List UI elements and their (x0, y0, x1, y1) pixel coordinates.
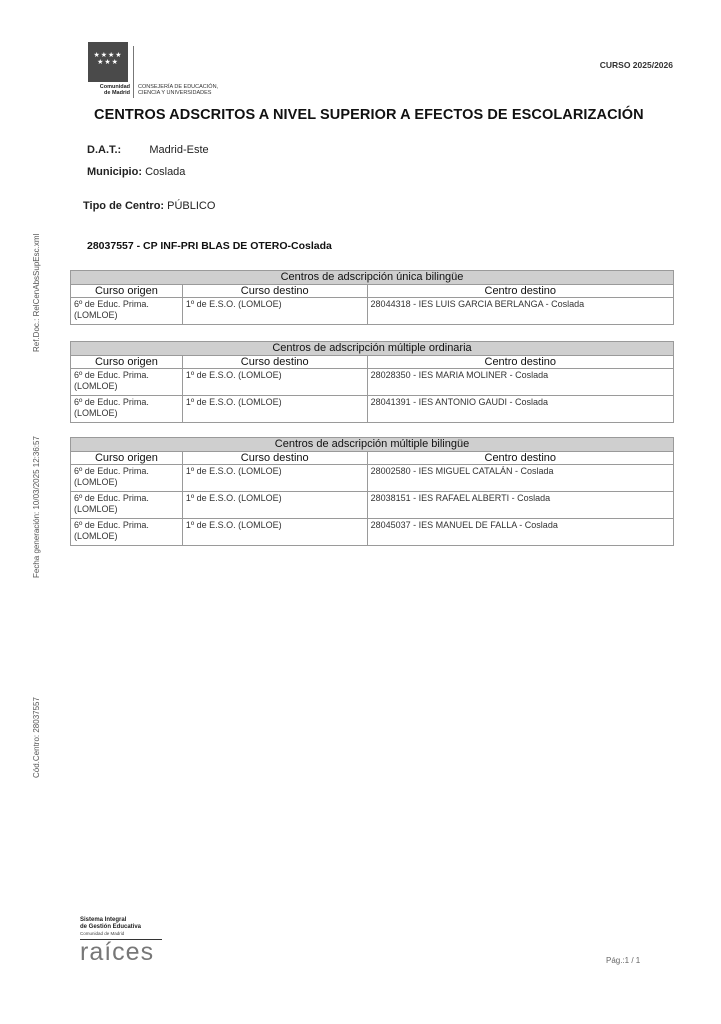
column-header: Curso destino (182, 452, 367, 465)
tipo-value: PÚBLICO (167, 200, 215, 212)
cod-centro: Cód.Centro: 28037557 (32, 697, 41, 778)
table-row: 6º de Educ. Prima. (LOMLOE)1º de E.S.O. … (71, 396, 674, 423)
dat-value: Madrid-Este (149, 144, 208, 156)
table-row: 6º de Educ. Prima. (LOMLOE)1º de E.S.O. … (71, 465, 674, 492)
dat-field: D.A.T.: Madrid-Este (87, 144, 209, 156)
column-header: Centro destino (367, 452, 673, 465)
page-title: CENTROS ADSCRITOS A NIVEL SUPERIOR A EFE… (94, 107, 644, 123)
municipio-field: Municipio: Coslada (87, 166, 185, 178)
column-header: Curso destino (182, 285, 367, 298)
column-header: Curso origen (71, 452, 183, 465)
cell-destino: 1º de E.S.O. (LOMLOE) (182, 396, 367, 423)
cell-destino: 1º de E.S.O. (LOMLOE) (182, 492, 367, 519)
cell-destino: 1º de E.S.O. (LOMLOE) (182, 465, 367, 492)
cell-origen: 6º de Educ. Prima. (LOMLOE) (71, 396, 183, 423)
section-title: Centros de adscripción múltiple ordinari… (71, 342, 674, 356)
cell-centro: 28041391 - IES ANTONIO GAUDI - Coslada (367, 396, 673, 423)
table-row: 6º de Educ. Prima. (LOMLOE)1º de E.S.O. … (71, 492, 674, 519)
page-number: Pág.:1 / 1 (606, 956, 640, 965)
madrid-logo: ★★★★★★★ Comunidad de Madrid CONSEJERÍA D… (88, 42, 288, 102)
cell-centro: 28028350 - IES MARIA MOLINER - Coslada (367, 369, 673, 396)
section-title: Centros de adscripción múltiple bilingüe (71, 438, 674, 452)
cell-centro: 28045037 - IES MANUEL DE FALLA - Coslada (367, 519, 673, 546)
fecha-generacion: Fecha generación: 10/03/2025 12:36:57 (32, 436, 41, 578)
tipo-field: Tipo de Centro: PÚBLICO (83, 200, 215, 212)
municipio-value: Coslada (145, 166, 185, 178)
stars-icon: ★★★★★★★ (88, 52, 128, 66)
column-header: Curso origen (71, 356, 183, 369)
column-header: Centro destino (367, 356, 673, 369)
cell-origen: 6º de Educ. Prima. (LOMLOE) (71, 465, 183, 492)
raices-wordmark: raíces (80, 940, 162, 964)
cell-origen: 6º de Educ. Prima. (LOMLOE) (71, 519, 183, 546)
section-title: Centros de adscripción única bilingüe (71, 271, 674, 285)
adscription-table: Centros de adscripción única bilingüeCur… (70, 270, 674, 325)
logo-divider (133, 46, 134, 98)
municipio-label: Municipio: (87, 166, 142, 178)
logo-department: CONSEJERÍA DE EDUCACIÓN, CIENCIA Y UNIVE… (138, 84, 218, 96)
cell-origen: 6º de Educ. Prima. (LOMLOE) (71, 369, 183, 396)
adscription-table: Centros de adscripción múltiple ordinari… (70, 341, 674, 423)
cell-destino: 1º de E.S.O. (LOMLOE) (182, 519, 367, 546)
table-row: 6º de Educ. Prima. (LOMLOE)1º de E.S.O. … (71, 298, 674, 325)
cell-destino: 1º de E.S.O. (LOMLOE) (182, 298, 367, 325)
cell-centro: 28044318 - IES LUIS GARCIA BERLANGA - Co… (367, 298, 673, 325)
table-row: 6º de Educ. Prima. (LOMLOE)1º de E.S.O. … (71, 519, 674, 546)
cell-centro: 28002580 - IES MIGUEL CATALÁN - Coslada (367, 465, 673, 492)
column-header: Curso origen (71, 285, 183, 298)
curso-label: CURSO 2025/2026 (600, 60, 673, 70)
column-header: Centro destino (367, 285, 673, 298)
center-code: 28037557 - CP INF-PRI BLAS DE OTERO-Cosl… (87, 240, 332, 252)
adscription-table: Centros de adscripción múltiple bilingüe… (70, 437, 674, 546)
logo-name: Comunidad de Madrid (88, 84, 130, 96)
tipo-label: Tipo de Centro: (83, 200, 164, 212)
cell-origen: 6º de Educ. Prima. (LOMLOE) (71, 298, 183, 325)
cell-origen: 6º de Educ. Prima. (LOMLOE) (71, 492, 183, 519)
ref-doc: Ref.Doc.: RelCenAbsSupEsc.xml (32, 234, 41, 352)
raices-logo: Sistema Integral de Gestión Educativa Co… (80, 917, 162, 964)
table-row: 6º de Educ. Prima. (LOMLOE)1º de E.S.O. … (71, 369, 674, 396)
dat-label: D.A.T.: (87, 144, 121, 156)
cell-centro: 28038151 - IES RAFAEL ALBERTI - Coslada (367, 492, 673, 519)
cell-destino: 1º de E.S.O. (LOMLOE) (182, 369, 367, 396)
column-header: Curso destino (182, 356, 367, 369)
